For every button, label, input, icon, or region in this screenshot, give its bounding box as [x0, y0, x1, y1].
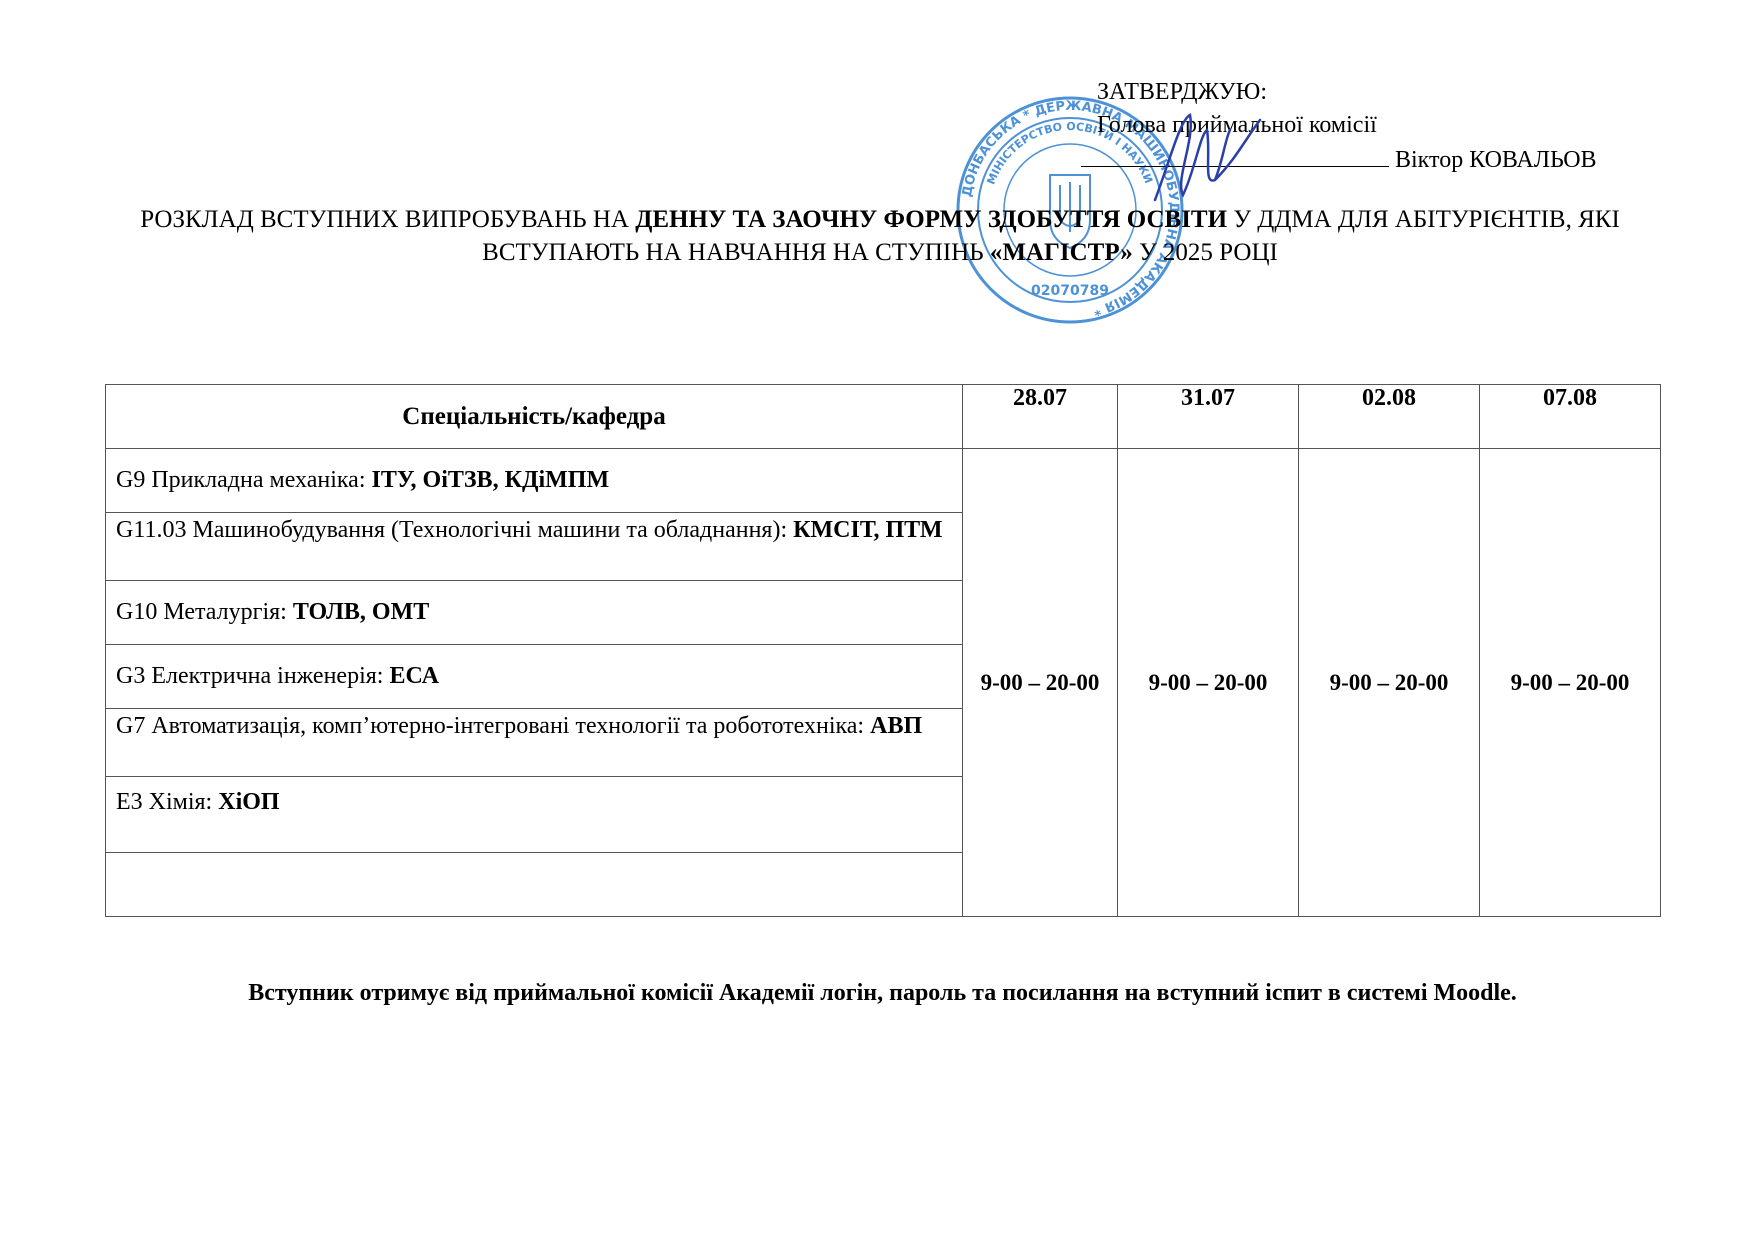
header-date: 07.08	[1480, 385, 1661, 449]
title-emphasis: ДЕННУ ТА ЗАОЧНУ ФОРМУ ЗДОБУТТЯ ОСВІТИ	[635, 206, 1227, 233]
specialty-cell: G3 Електрична інженерія: ЕСА	[106, 645, 963, 709]
svg-text:02070789: 02070789	[1031, 283, 1109, 299]
specialty-cell: E3 Хімія: ХіОП	[106, 777, 963, 853]
title-text: У 2025 РОЦІ	[1133, 239, 1278, 266]
document-title: РОЗКЛАД ВСТУПНИХ ВИПРОБУВАНЬ НА ДЕННУ ТА…	[100, 203, 1660, 269]
department-codes: ЕСА	[389, 663, 438, 689]
specialty-name: E3 Хімія:	[116, 789, 218, 815]
title-text: РОЗКЛАД ВСТУПНИХ ВИПРОБУВАНЬ НА	[140, 206, 635, 233]
specialty-name: G3 Електрична інженерія:	[116, 663, 389, 689]
specialty-name: G9 Прикладна механіка:	[116, 467, 372, 493]
specialty-cell: G9 Прикладна механіка: ІТУ, ОіТЗВ, КДіМП…	[106, 449, 963, 513]
specialty-cell: G11.03 Машинобудування (Технологічні маш…	[106, 513, 963, 581]
exam-schedule-table: Спеціальність/кафедра 28.07 31.07 02.08 …	[105, 384, 1661, 917]
header-date: 31.07	[1118, 385, 1299, 449]
department-codes: ТОЛВ, ОМТ	[293, 599, 429, 625]
department-codes: ІТУ, ОіТЗВ, КДіМПМ	[372, 467, 610, 493]
time-cell: 9-00 – 20-00	[1480, 449, 1661, 917]
time-cell: 9-00 – 20-00	[1299, 449, 1480, 917]
table-header-row: Спеціальність/кафедра 28.07 31.07 02.08 …	[106, 385, 1661, 449]
signature-icon	[1145, 100, 1265, 220]
department-codes: АВП	[870, 713, 922, 739]
time-cell: 9-00 – 20-00	[1118, 449, 1299, 917]
title-degree: «МАГІСТР»	[990, 239, 1133, 266]
department-codes: ХіОП	[218, 789, 279, 815]
specialty-name: G7 Автоматизація, комп’ютерно-інтегрован…	[116, 713, 870, 739]
department-codes: КМСІТ, ПТМ	[793, 517, 942, 543]
specialty-name: G11.03 Машинобудування (Технологічні маш…	[116, 517, 793, 543]
header-date: 02.08	[1299, 385, 1480, 449]
specialty-cell-empty	[106, 853, 963, 917]
specialty-cell: G7 Автоматизація, комп’ютерно-інтегрован…	[106, 709, 963, 777]
header-date: 28.07	[963, 385, 1118, 449]
signatory-name: Віктор КОВАЛЬОВ	[1395, 147, 1597, 173]
header-specialty: Спеціальність/кафедра	[106, 385, 963, 449]
moodle-access-note: Вступник отримує від приймальної комісії…	[105, 980, 1660, 1007]
time-cell: 9-00 – 20-00	[963, 449, 1118, 917]
table-row: G9 Прикладна механіка: ІТУ, ОіТЗВ, КДіМП…	[106, 449, 1661, 513]
specialty-name: G10 Металургія:	[116, 599, 293, 625]
specialty-cell: G10 Металургія: ТОЛВ, ОМТ	[106, 581, 963, 645]
